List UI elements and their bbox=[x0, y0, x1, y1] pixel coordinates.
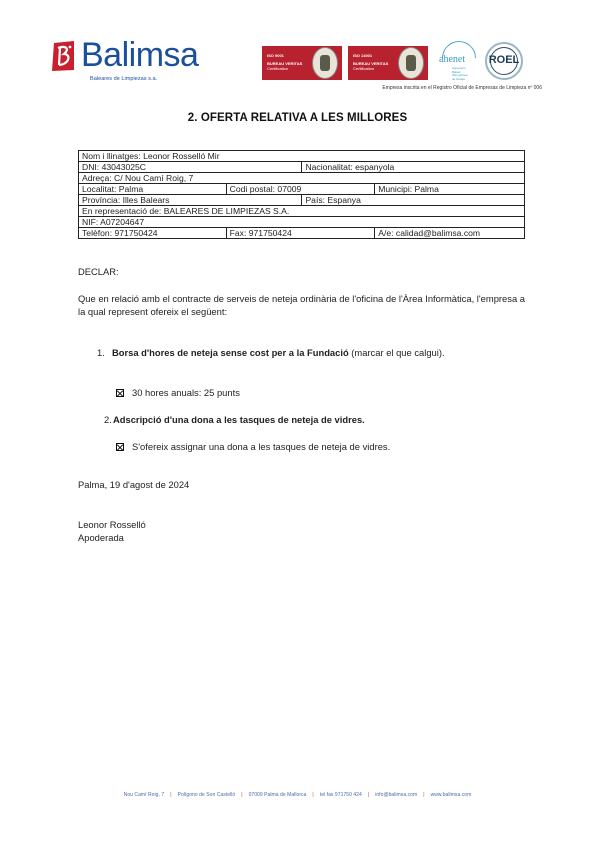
email-cell: A/e: calidad@balimsa.com bbox=[375, 228, 525, 239]
bureau-veritas-seal-icon bbox=[312, 47, 338, 79]
item-note: (marcar el que calgui). bbox=[349, 347, 445, 358]
ahenet-name: ahenet bbox=[439, 54, 465, 65]
footer-phone: tel fax 971750 424 bbox=[320, 792, 362, 798]
footer-area: Polígono de Son Castelló bbox=[178, 792, 236, 798]
dni-cell: DNI: 43043025C bbox=[79, 162, 302, 173]
footer-website-link[interactable]: www.balimsa.com bbox=[431, 792, 472, 798]
signer-name: Leonor Rosselló bbox=[78, 518, 146, 531]
cert-line: ISO 9001 bbox=[267, 53, 284, 58]
province-cell: Província: Illes Balears bbox=[79, 195, 302, 206]
table-row: Adreça: C/ Nou Camí Roig, 7 bbox=[79, 173, 525, 184]
address-cell: Adreça: C/ Nou Camí Roig, 7 bbox=[79, 173, 525, 184]
intro-paragraph: Que en relació amb el contracte de serve… bbox=[78, 292, 525, 318]
country-cell: País: Espanya bbox=[302, 195, 525, 206]
representation-cell: En representació de: BALEARES DE LIMPIEZ… bbox=[79, 206, 525, 217]
roel-text: ROEL bbox=[487, 54, 521, 66]
footer-email-link[interactable]: info@balimsa.com bbox=[375, 792, 417, 798]
checked-checkbox-icon[interactable] bbox=[116, 443, 124, 451]
signer-role: Apoderada bbox=[78, 531, 124, 544]
table-row: NIF: A07204647 bbox=[79, 217, 525, 228]
page-title: 2. OFERTA RELATIVA A LES MILLORES bbox=[0, 112, 595, 124]
cert-line: ISO 14001 bbox=[353, 53, 372, 58]
cert-line: Certification bbox=[353, 66, 374, 71]
offer-option-1: 30 hores anuals: 25 punts bbox=[116, 386, 240, 399]
table-row: Telèfon: 971750424 Fax: 971750424 A/e: c… bbox=[79, 228, 525, 239]
locality-cell: Localitat: Palma bbox=[79, 184, 227, 195]
postal-code-cell: Codi postal: 07009 bbox=[226, 184, 375, 195]
footer-city: 07009 Palma de Mallorca bbox=[249, 792, 307, 798]
cert-line: Certification bbox=[267, 66, 288, 71]
registry-note: Empresa inscrita en el Registro Oficial … bbox=[310, 85, 542, 91]
ahenet-subtitle-line: de Neteja bbox=[452, 78, 468, 82]
ahenet-subtitle: Agrupació Balear d'Empreses de Neteja bbox=[452, 67, 468, 81]
phone-cell: Telèfon: 971750424 bbox=[79, 228, 227, 239]
roel-logo: ROEL bbox=[485, 42, 523, 80]
option-label: 30 hores anuals: 25 punts bbox=[132, 387, 240, 398]
applicant-info-table: Nom i llinatges: Leonor Rosselló Mir DNI… bbox=[78, 150, 525, 239]
offer-item-1: 1.Borsa d'hores de neteja sense cost per… bbox=[97, 346, 525, 359]
nif-cell: NIF: A07204647 bbox=[79, 217, 525, 228]
checked-checkbox-icon[interactable] bbox=[116, 389, 124, 397]
item-title: Borsa d'hores de neteja sense cost per a… bbox=[112, 347, 349, 358]
nationality-cell: Nacionalitat: espanyola bbox=[302, 162, 525, 173]
iso-9001-certification-badge: ISO 9001 BUREAU VERITAS Certification bbox=[262, 46, 342, 80]
item-title: Adscripció d'una dona a les tasques de n… bbox=[113, 414, 365, 425]
footer-address: Nou Camí Roig, 7 bbox=[124, 792, 165, 798]
option-label: S'ofereix assignar una dona a les tasque… bbox=[132, 441, 390, 452]
ahenet-logo: ahenet Agrupació Balear d'Empreses de Ne… bbox=[438, 41, 482, 86]
item-number: 2. bbox=[104, 413, 113, 426]
balimsa-logo-mark-icon bbox=[50, 40, 76, 72]
iso-14001-certification-badge: ISO 14001 BUREAU VERITAS Certification bbox=[348, 46, 428, 80]
name-cell: Nom i llinatges: Leonor Rosselló Mir bbox=[79, 151, 525, 162]
offer-option-2: S'ofereix assignar una dona a les tasque… bbox=[116, 440, 390, 453]
offer-item-2: 2.Adscripció d'una dona a les tasques de… bbox=[104, 413, 365, 426]
table-row: Nom i llinatges: Leonor Rosselló Mir bbox=[79, 151, 525, 162]
item-number: 1. bbox=[97, 346, 112, 359]
table-row: Localitat: Palma Codi postal: 07009 Muni… bbox=[79, 184, 525, 195]
footer-contact: Nou Camí Roig, 7|Polígono de Son Castell… bbox=[0, 792, 595, 798]
table-row: Província: Illes Balears País: Espanya bbox=[79, 195, 525, 206]
fax-cell: Fax: 971750424 bbox=[226, 228, 375, 239]
municipality-cell: Municipi: Palma bbox=[375, 184, 525, 195]
declar-heading: DECLAR: bbox=[78, 265, 119, 278]
table-row: DNI: 43043025C Nacionalitat: espanyola bbox=[79, 162, 525, 173]
place-date: Palma, 19 d'agost de 2024 bbox=[78, 478, 189, 491]
table-row: En representació de: BALEARES DE LIMPIEZ… bbox=[79, 206, 525, 217]
balimsa-logo-text: Balimsa bbox=[81, 36, 198, 74]
balimsa-logo-subtitle: Baleares de Limpiezas s.a. bbox=[90, 76, 157, 82]
bureau-veritas-seal-icon bbox=[398, 47, 424, 79]
